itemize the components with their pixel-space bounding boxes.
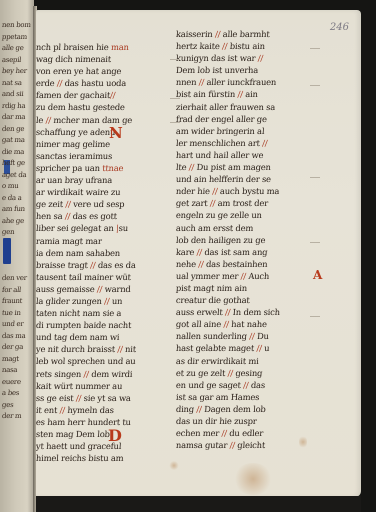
facing-page-line: tue in xyxy=(2,310,21,316)
facing-page-line: nat sa xyxy=(2,80,22,86)
facing-page-line: magt xyxy=(2,356,20,362)
manuscript-line: engeln zu ge zelle un xyxy=(176,209,312,221)
manuscript-line: got all aine // hat nahe xyxy=(176,318,312,330)
manuscript-line: bist ain fürstin // ain xyxy=(176,88,312,100)
page-bottom-shadow xyxy=(36,496,361,512)
red-initial-d-left: D xyxy=(108,426,122,445)
manuscript-line: pist magt nim ain xyxy=(176,282,312,294)
facing-page-line: der ga xyxy=(2,344,24,350)
manuscript-line: get zart // am trost der xyxy=(176,197,312,209)
facing-page-line: asepil xyxy=(2,57,22,63)
manuscript-line: am wider bringerin al xyxy=(176,125,312,137)
manuscript-line: kaisserin // alle barmht xyxy=(176,28,312,40)
manuscript-line: erde // das hastu uoda xyxy=(36,77,172,89)
facing-page-line: und er xyxy=(2,321,24,327)
manuscript-line: hast gelabte maget // u xyxy=(176,342,312,354)
manuscript-line: nimer mag gelime xyxy=(36,138,172,150)
manuscript-line: frad der engel aller ge xyxy=(176,113,312,125)
facing-page-line: die ma xyxy=(2,149,25,155)
manuscript-line: famen der gachait// xyxy=(36,89,172,101)
facing-page-line: fraunt xyxy=(2,298,23,304)
facing-page-line: a bes xyxy=(2,390,20,396)
facing-page-line: rdig ha xyxy=(2,103,26,109)
manuscript-line: ding // Dagen dem lob xyxy=(176,403,312,415)
facing-page-line: der m xyxy=(2,413,22,419)
facing-page-line: ahe ge xyxy=(2,218,25,224)
manuscript-line: zu dem hastu gestede xyxy=(36,101,172,113)
manuscript-line: lob den hailigen zu ge xyxy=(176,234,312,246)
facing-page-line: heft ge xyxy=(2,160,25,166)
red-initial-a-right: A xyxy=(313,268,322,282)
red-initial-n: N xyxy=(109,124,123,142)
manuscript-line: auch am ersst dem xyxy=(176,222,312,234)
manuscript-line: spricher pa uan ttnae xyxy=(36,162,172,174)
facing-page-line: den ver xyxy=(2,275,27,281)
facing-page-fragment: nen bomppetamalle geasepilbey hernat saa… xyxy=(0,0,34,512)
ruling-mark xyxy=(310,316,320,317)
facing-page-line: bey her xyxy=(2,68,27,74)
facing-page-line: alle ge xyxy=(2,45,24,51)
manuscript-line: das un dir hie zuspr xyxy=(176,415,312,427)
ruling-mark xyxy=(170,59,180,60)
manuscript-line: leb wol sprechen und au xyxy=(36,355,172,367)
manuscript-line: ist sa gar am Hames xyxy=(176,391,312,403)
manuscript-line: kunigyn das ist war // xyxy=(176,52,312,64)
manuscript-line: hertz kaite // bistu ain xyxy=(176,40,312,52)
ruling-mark xyxy=(310,48,320,49)
manuscript-line: ar wirdikait waire zu xyxy=(36,186,172,198)
manuscript-line: und ain helfferin der se xyxy=(176,173,312,185)
manuscript-line: himel reichs bistu am xyxy=(36,452,172,464)
manuscript-line: braisse tragt // das es da xyxy=(36,259,172,271)
manuscript-line: ler menschlichen art // xyxy=(176,137,312,149)
manuscript-line: hen sa // das es gott xyxy=(36,210,172,222)
facing-page-line: dar ma xyxy=(2,114,26,120)
manuscript-line: ia dem nam sahaben xyxy=(36,247,172,259)
manuscript-line: creatur die gothat xyxy=(176,294,312,306)
manuscript-line: lte // Du pist am magen xyxy=(176,161,312,173)
manuscript-line: ss ge eist // sie yt sa wa xyxy=(36,392,172,404)
facing-page-line: o mu xyxy=(2,183,19,189)
manuscript-line: rets singen // dem wirdi xyxy=(36,368,172,380)
rubric-mark: ttnae xyxy=(102,163,124,173)
manuscript-line: yt haett und graceful xyxy=(36,440,172,452)
manuscript-line: wag dich nimenait xyxy=(36,53,172,65)
manuscript-line: le // mcher man dam ge xyxy=(36,114,172,126)
ruling-mark xyxy=(310,177,320,178)
manuscript-line: et zu ge zelt // gesing xyxy=(176,367,312,379)
facing-page-line: and sii xyxy=(2,91,24,97)
manuscript-line: tausent tail mainer wüt xyxy=(36,271,172,283)
manuscript-line: zierhait aller frauwen sa xyxy=(176,101,312,113)
manuscript-line: kait würt nummer au xyxy=(36,380,172,392)
facing-page-line: euere xyxy=(2,379,21,385)
facing-page-line: e da a xyxy=(2,195,22,201)
ruling-mark xyxy=(170,122,180,123)
facing-page-line: den ge xyxy=(2,126,25,132)
manuscript-line: hart und hail aller we xyxy=(176,149,312,161)
manuscript-line: kare // das ist sam ang xyxy=(176,246,312,258)
facing-page-line: for all xyxy=(2,287,22,293)
manuscript-line: auss erwelt // In dem sich xyxy=(176,306,312,318)
right-text-column: kaisserin // alle barmhthertz kaite // b… xyxy=(176,28,311,451)
rubric-mark: // xyxy=(259,138,267,148)
manuscript-line: en und ge saget // das xyxy=(176,379,312,391)
facing-page-line: gen xyxy=(2,229,15,235)
rubric-mark: // xyxy=(255,53,263,63)
manuscript-line: und tag dem nam wi xyxy=(36,331,172,343)
manuscript-line: namsa gutar // gleicht xyxy=(176,439,312,451)
manuscript-line: nehe // das bestainhen xyxy=(176,258,312,270)
manuscript-line: ge zeit // vere ud sesp xyxy=(36,198,172,210)
blue-initial-lower xyxy=(3,238,11,264)
manuscript-line: la glider zungen // un xyxy=(36,295,172,307)
facing-page-line: aget da xyxy=(2,172,27,178)
facing-page-line: nasa xyxy=(2,367,18,373)
manuscript-line: nch pl braisen hie man xyxy=(36,41,172,53)
parchment-stain xyxy=(169,461,179,470)
left-text-column: nch pl braisen hie manwag dich nimenaitv… xyxy=(36,41,171,464)
facing-page-line: gat ma xyxy=(2,137,25,143)
manuscript-line: ar uan bray ufrana xyxy=(36,174,172,186)
manuscript-line: sten mag Dem lob xyxy=(36,428,172,440)
manuscript-line: ramia magt mar xyxy=(36,235,172,247)
manuscript-page: 246 nch pl braisen hie manwag dich nimen… xyxy=(36,10,361,497)
manuscript-line: von eren ye hat ange xyxy=(36,65,172,77)
parchment-stain xyxy=(233,463,273,495)
rubric-mark: man xyxy=(111,42,129,52)
manuscript-line: liber sei gelegat an |su xyxy=(36,222,172,234)
manuscript-line: schaffung ye adenu xyxy=(36,126,172,138)
folio-number: 246 xyxy=(330,22,349,33)
manuscript-line: ye nit durch braisst // nit xyxy=(36,343,172,355)
manuscript-line: it ent // hymeln das xyxy=(36,404,172,416)
ruling-mark xyxy=(310,242,320,243)
manuscript-line: nder hie // auch bystu ma xyxy=(176,185,312,197)
manuscript-line: echen mer // du edler xyxy=(176,427,312,439)
manuscript-line: di rumpten baide nacht xyxy=(36,319,172,331)
facing-page-line: ges xyxy=(2,402,14,408)
ruling-mark xyxy=(170,98,180,99)
manuscript-line: ual ymmer mer // Auch xyxy=(176,270,312,282)
manuscript-line: sanctas ieramimus xyxy=(36,150,172,162)
facing-page-line: das ma xyxy=(2,333,26,339)
ruling-mark xyxy=(310,85,320,86)
manuscript-line: es ham herr hundert tu xyxy=(36,416,172,428)
rubric-mark: // xyxy=(110,90,116,100)
parchment-stain xyxy=(299,435,307,449)
manuscript-line: as dir erwirdikait mi xyxy=(176,355,312,367)
manuscript-line: auss gemaisse // warnd xyxy=(36,283,172,295)
facing-page-line: ppetam xyxy=(2,34,28,40)
manuscript-line: nallen sunderling // Du xyxy=(176,330,312,342)
facing-page-line: nen bom xyxy=(2,22,31,28)
facing-page-line: am fun xyxy=(2,206,25,212)
manuscript-line: Dem lob ist unverha xyxy=(176,64,312,76)
manuscript-line: taten nicht nam sie a xyxy=(36,307,172,319)
facing-page-line xyxy=(2,264,3,270)
manuscript-line: nnen // aller iunckfrauen xyxy=(176,76,312,88)
